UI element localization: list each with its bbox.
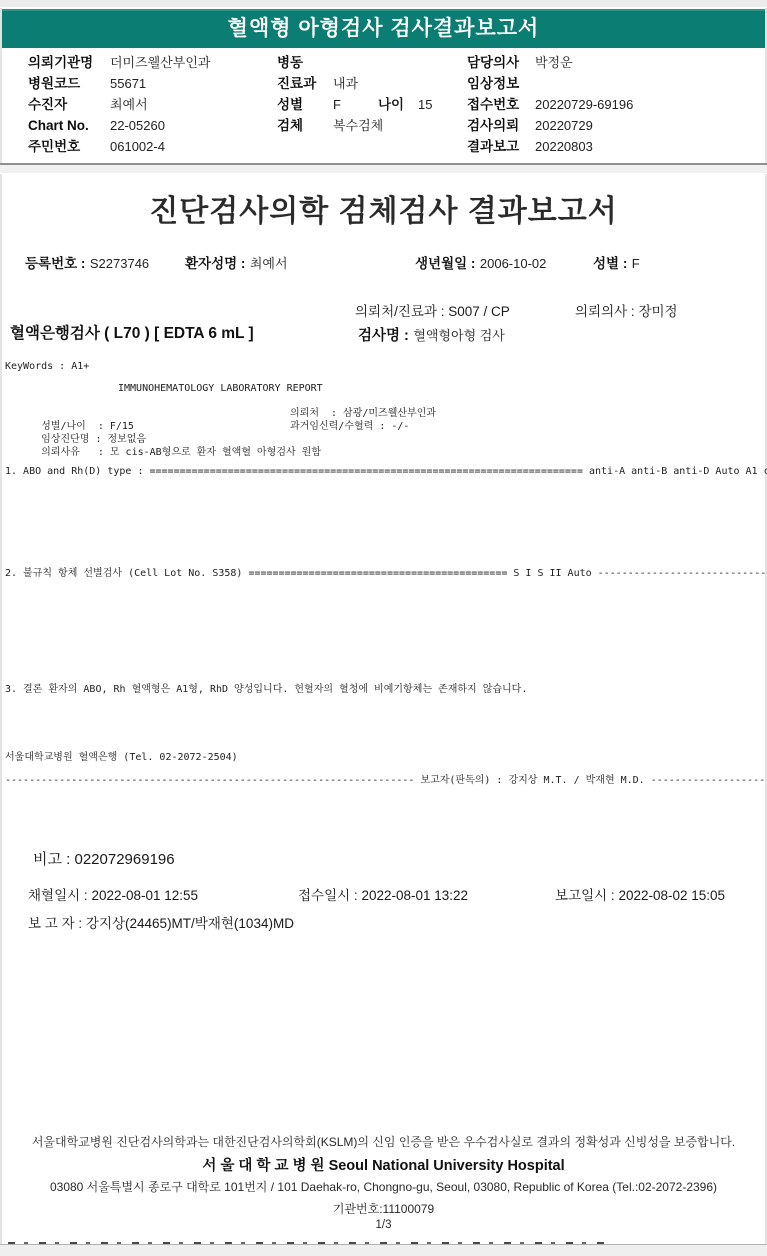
field-chart-no: Chart No. 22-05260	[28, 118, 210, 139]
field-clinical-info: 임상정보	[467, 76, 633, 97]
referral-dept-label: 의뢰처/진료과 :	[355, 304, 445, 319]
header-separator-band	[0, 165, 767, 174]
org-number: 기관번호:11100079	[0, 1200, 767, 1217]
panel-name: 혈액은행검사 ( L70 ) [ EDTA 6 mL ]	[10, 321, 254, 343]
blood-bank-line: 서울대학교병원 혈액은행 (Tel. 02-2072-2504)	[5, 752, 238, 765]
field-department: 진료과 내과	[277, 76, 432, 97]
sex-value: F	[632, 256, 640, 271]
field-label: 병원코드	[28, 76, 110, 92]
info-line-1: 성별/나이 : F/15 의뢰처 : 삼광/미즈웰산부인과	[5, 408, 745, 421]
field-label: 주민번호	[28, 139, 110, 155]
header-column-2: 병동 진료과 내과 성별 F 나이 15 검체 복수검체	[277, 55, 432, 139]
field-accession-no: 접수번호 20220729-69196	[467, 97, 633, 118]
field-value: 최예서	[110, 97, 148, 113]
field-label: 진료과	[277, 76, 333, 92]
info-line-2: 임상진단명 : 정보없음 과거임신력/수혈력 : -/-	[5, 421, 745, 434]
collected-label: 채혈일시 :	[28, 888, 88, 903]
field-hospital-code: 병원코드 55671	[28, 76, 210, 97]
birth-value: 2006-10-02	[480, 256, 547, 271]
received-datetime: 접수일시 : 2022-08-01 13:22	[298, 884, 468, 904]
field-label: 임상정보	[467, 76, 535, 92]
reported-value: 2022-08-02 15:05	[618, 888, 725, 903]
field-label: Chart No.	[28, 118, 110, 134]
field-label: 접수번호	[467, 97, 535, 113]
keywords-line: KeyWords : A1+	[5, 361, 89, 374]
report-title: 혈액형 아형검사 검사결과보고서	[2, 11, 765, 47]
test-name-value: 혈액형아형 검사	[413, 328, 505, 343]
patient-name: 환자성명 : 최예서	[185, 252, 288, 273]
field-label: 담당의사	[467, 55, 535, 71]
birth-label: 생년월일 :	[415, 256, 475, 271]
referral-dept-value: S007 / CP	[448, 304, 510, 319]
patient-reg-no: 등록번호 : S2273746	[25, 252, 149, 273]
info-reason: 의뢰사유 : 모 cis-AB형으로 환자 혈액혈 아형검사 원함	[41, 447, 321, 458]
field-value: 22-05260	[110, 118, 165, 134]
field-value: 061002-4	[110, 139, 165, 155]
top-gray-strip	[0, 0, 767, 8]
main-report-title: 진단검사의학 검체검사 결과보고서	[0, 186, 767, 230]
referral-dept: 의뢰처/진료과 : S007 / CP	[355, 300, 510, 320]
field-value: 복수검체	[333, 118, 383, 134]
abo-rhd-table: 1. ABO and Rh(D) type : ================…	[5, 466, 767, 479]
header-column-3: 담당의사 박정운 임상정보 접수번호 20220729-69196 검사의뢰 2…	[467, 55, 633, 160]
reporter-signature-block: ----------------------------------------…	[5, 775, 767, 788]
remarks-value: 022072969196	[75, 851, 175, 868]
field-patient: 수진자 최예서	[28, 97, 210, 118]
info-referrer: 의뢰처 : 삼광/미즈웰산부인과	[290, 408, 436, 421]
referral-doctor-value: 장미정	[638, 304, 677, 319]
field-value: 내과	[333, 76, 358, 92]
field-report-date: 결과보고 20220803	[467, 139, 633, 160]
lab-report-heading: IMMUNOHEMATOLOGY LABORATORY REPORT	[118, 383, 323, 396]
report-title-bar: 혈액형 아형검사 검사결과보고서	[2, 9, 765, 48]
field-resident-no: 주민번호 061002-4	[28, 139, 210, 160]
field-value: F	[333, 97, 378, 113]
info-line-3: 의뢰사유 : 모 cis-AB형으로 환자 혈액혈 아형검사 원함	[5, 434, 745, 447]
reg-value: S2273746	[90, 256, 149, 271]
test-name-row: 검사명 : 혈액형아형 검사	[358, 324, 505, 345]
collected-datetime: 채혈일시 : 2022-08-01 12:55	[28, 884, 198, 904]
reported-datetime: 보고일시 : 2022-08-02 15:05	[555, 884, 725, 904]
field-ward: 병동	[277, 55, 432, 76]
reporter-value: 강지상(24465)MT/박재현(1034)MD	[86, 916, 294, 931]
remarks-label: 비고 :	[33, 851, 70, 868]
field-value: 20220729-69196	[535, 97, 633, 113]
field-specimen: 검체 복수검체	[277, 118, 432, 139]
hospital-name: 서 울 대 학 교 병 원 Seoul National University …	[0, 1154, 767, 1175]
field-label: 성별	[277, 97, 333, 113]
hospital-address: 03080 서울특별시 종로구 대학로 101번지 / 101 Daehak-r…	[0, 1178, 767, 1195]
referral-doctor: 의뢰의사 : 장미정	[575, 300, 678, 320]
page-number: 1/3	[0, 1219, 767, 1231]
patient-sex: 성별 : F	[593, 252, 640, 273]
name-value: 최예서	[250, 256, 288, 271]
field-sex-age: 성별 F 나이 15	[277, 97, 432, 118]
reported-label: 보고일시 :	[555, 888, 615, 903]
reporter-label: 보 고 자 :	[28, 916, 82, 931]
referral-doctor-label: 의뢰의사 :	[575, 304, 635, 319]
field-label: 검체	[277, 118, 333, 134]
field-attending-doctor: 담당의사 박정운	[467, 55, 633, 76]
field-requesting-org: 의뢰기관명 더미즈웰산부인과	[28, 55, 210, 76]
conclusion-section: 3. 결론 환자의 ABO, Rh 혈액형은 A1형, RhD 양성입니다. 헌…	[5, 684, 527, 697]
field-label: 의뢰기관명	[28, 55, 110, 71]
antibody-screen-table: 2. 불규칙 항체 선별검사 (Cell Lot No. S358) =====…	[5, 568, 767, 581]
field-value: 20220803	[535, 139, 593, 155]
reporter-row: 보 고 자 : 강지상(24465)MT/박재현(1034)MD	[28, 912, 294, 932]
remarks-row: 비고 : 022072969196	[33, 848, 175, 869]
info-history: 과거임신력/수혈력 : -/-	[290, 421, 409, 434]
certification-statement: 서울대학교병원 진단검사의학과는 대한진단검사의학회(KSLM)의 신임 인증을…	[0, 1133, 767, 1150]
sex-label: 성별 :	[593, 256, 627, 271]
name-label: 환자성명 :	[185, 256, 245, 271]
next-page-preview-strip	[0, 1244, 767, 1256]
patient-birth: 생년월일 : 2006-10-02	[415, 252, 546, 273]
field-label-age: 나이	[378, 97, 418, 113]
reg-label: 등록번호 :	[25, 256, 85, 271]
field-value: 더미즈웰산부인과	[110, 55, 210, 71]
collected-value: 2022-08-01 12:55	[91, 888, 198, 903]
field-label: 결과보고	[467, 139, 535, 155]
field-label: 검사의뢰	[467, 118, 535, 134]
header-column-1: 의뢰기관명 더미즈웰산부인과 병원코드 55671 수진자 최예서 Chart …	[28, 55, 210, 160]
test-name-label: 검사명 :	[358, 328, 409, 344]
field-label: 병동	[277, 55, 333, 71]
field-value: 20220729	[535, 118, 593, 134]
received-value: 2022-08-01 13:22	[361, 888, 468, 903]
field-value-age: 15	[418, 97, 432, 113]
received-label: 접수일시 :	[298, 888, 358, 903]
field-value: 박정운	[535, 55, 573, 71]
field-label: 수진자	[28, 97, 110, 113]
report-info-block: 성별/나이 : F/15 의뢰처 : 삼광/미즈웰산부인과 임상진단명 : 정보…	[5, 408, 745, 447]
field-value: 55671	[110, 76, 146, 92]
field-order-date: 검사의뢰 20220729	[467, 118, 633, 139]
lab-report-page: 혈액형 아형검사 검사결과보고서 의뢰기관명 더미즈웰산부인과 병원코드 556…	[0, 0, 767, 1256]
